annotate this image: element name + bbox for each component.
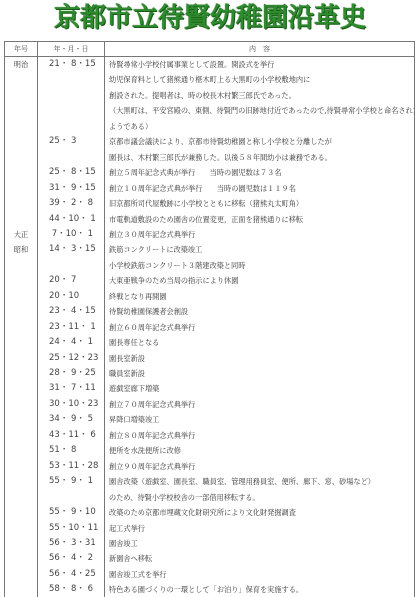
table-row: （大黒町は、平安宮殿の、東側、待賢門の旧跡地付近であったので,待賢尋常小学校と命… [5, 103, 414, 118]
row-date: 56・ 4・25 [49, 567, 105, 582]
history-table: 年号 年・月・日 内 容 明治21・ 8・15待賢尋常小学校付属事業として設置。… [4, 41, 415, 597]
row-content: 創立３０周年記念式典挙行 [109, 227, 414, 242]
row-content: 園長専任となる [109, 335, 414, 350]
table-row: 39・ 2・ 8旧京都所司代屋敷跡に小学校とともに移転（猪熊丸太町角） [5, 196, 414, 211]
row-date: 25・12・23 [49, 351, 105, 366]
row-content: 改築のため京都市埋蔵文化財研究所により文化財発掘調査 [109, 505, 414, 520]
row-date: 58・ 8・ 6 [49, 582, 105, 597]
table-row: 大正 7・10・ 1創立３０周年記念式典挙行 [5, 227, 414, 242]
row-content: 園長は、木村繁三郎氏が兼務した。以後５８年間幼小は兼務である。 [109, 150, 414, 165]
row-date: 51・ 8 [49, 443, 105, 458]
table-row: 25・12・23園長室新設 [5, 351, 414, 366]
row-content: 大東亜戦争のため当局の指示により休園 [109, 273, 414, 288]
row-content: 鉄筋コンクリートに改築竣工 [109, 242, 414, 257]
row-date: 24・ 4・ 1 [49, 335, 105, 350]
table-row: 昭和14・ 3・15鉄筋コンクリートに改築竣工 [5, 242, 414, 257]
row-content: 待賢幼稚園保護者会創設 [109, 304, 414, 319]
row-content: 終戦となり再開園 [109, 289, 414, 304]
row-date: 43・11・ 6 [49, 428, 105, 443]
table-row: 園長は、木村繁三郎氏が兼務した。以後５８年間幼小は兼務である。 [5, 150, 414, 165]
row-content: 新園舎へ移転 [109, 551, 414, 566]
table-row: 34・ 9・ 5昇降口増築竣工 [5, 412, 414, 427]
page-title: 京都市立待賢幼稚園沿革史 [0, 1, 420, 35]
row-date: 55・ 9・ 1 [49, 474, 105, 489]
row-content: 起工式挙行 [109, 521, 414, 536]
table-row: ようである） [5, 119, 414, 134]
row-content: 創設された。提唱者は、時の校長木村繁三郎氏であった。 [109, 88, 414, 103]
row-content: 特色ある園づくりの一環として「お泊り」保育を実施する。 [109, 582, 414, 597]
row-content: 創立１０周年記念式典が挙行 当時の園児数は１１９名 [109, 181, 414, 196]
row-content: 遊戯室廊下増築 [109, 381, 414, 396]
row-date: 31・ 9・15 [49, 181, 105, 196]
row-content: 園舎竣工 [109, 536, 414, 551]
table-row: 24・ 4・ 1園長専任となる [5, 335, 414, 350]
row-content: 小学校鉄筋コンクリート３階建改築と同時 [109, 258, 414, 273]
table-row: 43・11・ 6創立８０周年記念式典挙行 [5, 428, 414, 443]
header-date: 年・月・日 [38, 42, 104, 56]
row-date: 55・10・11 [49, 521, 105, 536]
row-content: 京都市議会議決により、京都市待賢幼稚園と称し小学校と分離したが [109, 134, 414, 149]
row-content: 幼児保育料として猪熊通り椹木町上る大黒町の小学校敷地内に [109, 72, 414, 87]
table-row: 55・ 9・10改築のため京都市埋蔵文化財研究所により文化財発掘調査 [5, 505, 414, 520]
table-row: 56・ 4・ 2新園舎へ移転 [5, 551, 414, 566]
table-row: 20・10終戦となり再開園 [5, 289, 414, 304]
row-era: 昭和 [5, 242, 37, 257]
row-date: 14・ 3・15 [49, 242, 105, 257]
table-row: 28・ 9・25職員室新設 [5, 366, 414, 381]
row-era: 明治 [5, 57, 37, 72]
header-content: 内 容 [105, 42, 414, 56]
row-content: 職員室新設 [109, 366, 414, 381]
table-row: 20・ 7大東亜戦争のため当局の指示により休園 [5, 273, 414, 288]
table-row: 44・10・ 1市電軌道敷設のため園舎の位置変更，正面を猪熊通りに移転 [5, 212, 414, 227]
table-row: 明治21・ 8・15待賢尋常小学校付属事業として設置。開設式を挙行 [5, 57, 414, 72]
row-date: 39・ 2・ 8 [49, 196, 105, 211]
row-date: 25・ 8・15 [49, 165, 105, 180]
row-date: 7・10・ 1 [49, 227, 105, 242]
row-date: 34・ 9・ 5 [49, 412, 105, 427]
row-content: ようである） [109, 119, 414, 134]
table-row: 25・ 8・15創立５周年記念式典が挙行 当時の園児数は７３名 [5, 165, 414, 180]
table-row: 51・ 8便所を水洗便所に改修 [5, 443, 414, 458]
table-row: 30・10・23創立７０周年記念式典挙行 [5, 397, 414, 412]
table-row: のため、待賢小学校校舎の一部借用移転する。 [5, 490, 414, 505]
header-era: 年号 [5, 42, 37, 56]
row-date: 53・11・28 [49, 459, 105, 474]
table-row: 25・ 3京都市議会議決により、京都市待賢幼稚園と称し小学校と分離したが [5, 134, 414, 149]
row-content: 創立６０周年記念式典挙行 [109, 320, 414, 335]
row-content: 創立７０周年記念式典挙行 [109, 397, 414, 412]
table-row: 55・ 9・ 1園舎改築（遊戯室、園長室、職員室、管理用務員室、便所、廊下、窓、… [5, 474, 414, 489]
table-row: 56・ 3・31園舎竣工 [5, 536, 414, 551]
row-date: 44・10・ 1 [49, 212, 105, 227]
row-date: 20・ 7 [49, 273, 105, 288]
table-row: 31・ 7・11遊戯室廊下増築 [5, 381, 414, 396]
table-row: 55・10・11起工式挙行 [5, 521, 414, 536]
row-content: 旧京都所司代屋敷跡に小学校とともに移転（猪熊丸太町角） [109, 196, 414, 211]
row-content: 園舎竣工式を挙行 [109, 567, 414, 582]
row-content: 待賢尋常小学校付属事業として設置。開設式を挙行 [109, 57, 414, 72]
row-date: 31・ 7・11 [49, 381, 105, 396]
row-date: 23・ 4・15 [49, 304, 105, 319]
row-content: 園長室新設 [109, 351, 414, 366]
row-date: 21・ 8・15 [49, 57, 105, 72]
table-row: 31・ 9・15創立１０周年記念式典が挙行 当時の園児数は１１９名 [5, 181, 414, 196]
row-content: 便所を水洗便所に改修 [109, 443, 414, 458]
table-row: 58・ 8・ 6特色ある園づくりの一環として「お泊り」保育を実施する。 [5, 582, 414, 597]
table-row: 創設された。提唱者は、時の校長木村繁三郎氏であった。 [5, 88, 414, 103]
row-content: 市電軌道敷設のため園舎の位置変更，正面を猪熊通りに移転 [109, 212, 414, 227]
table-row: 53・11・28創立９０周年記念式典挙行 [5, 459, 414, 474]
row-date: 56・ 3・31 [49, 536, 105, 551]
row-date: 20・10 [49, 289, 105, 304]
table-header: 年号 年・月・日 内 容 [5, 42, 414, 57]
table-row: 幼児保育料として猪熊通り椹木町上る大黒町の小学校敷地内に [5, 72, 414, 87]
row-content: （大黒町は、平安宮殿の、東側、待賢門の旧跡地付近であったので,待賢尋常小学校と命… [109, 103, 414, 118]
row-content: 昇降口増築竣工 [109, 412, 414, 427]
row-date: 28・ 9・25 [49, 366, 105, 381]
table-row: 23・11・ 1創立６０周年記念式典挙行 [5, 320, 414, 335]
table-row: 小学校鉄筋コンクリート３階建改築と同時 [5, 258, 414, 273]
row-content: 創立９０周年記念式典挙行 [109, 459, 414, 474]
row-content: 創立５周年記念式典が挙行 当時の園児数は７３名 [109, 165, 414, 180]
table-row: 23・ 4・15待賢幼稚園保護者会創設 [5, 304, 414, 319]
row-date: 25・ 3 [49, 134, 105, 149]
row-date: 30・10・23 [49, 397, 105, 412]
row-date: 23・11・ 1 [49, 320, 105, 335]
table-row: 56・ 4・25園舎竣工式を挙行 [5, 567, 414, 582]
row-date: 55・ 9・10 [49, 505, 105, 520]
row-date: 56・ 4・ 2 [49, 551, 105, 566]
row-content: 創立８０周年記念式典挙行 [109, 428, 414, 443]
row-content: のため、待賢小学校校舎の一部借用移転する。 [109, 490, 414, 505]
row-content: 園舎改築（遊戯室、園長室、職員室、管理用務員室、便所、廊下、窓、砂場など） [109, 474, 414, 489]
row-era: 大正 [5, 227, 37, 242]
